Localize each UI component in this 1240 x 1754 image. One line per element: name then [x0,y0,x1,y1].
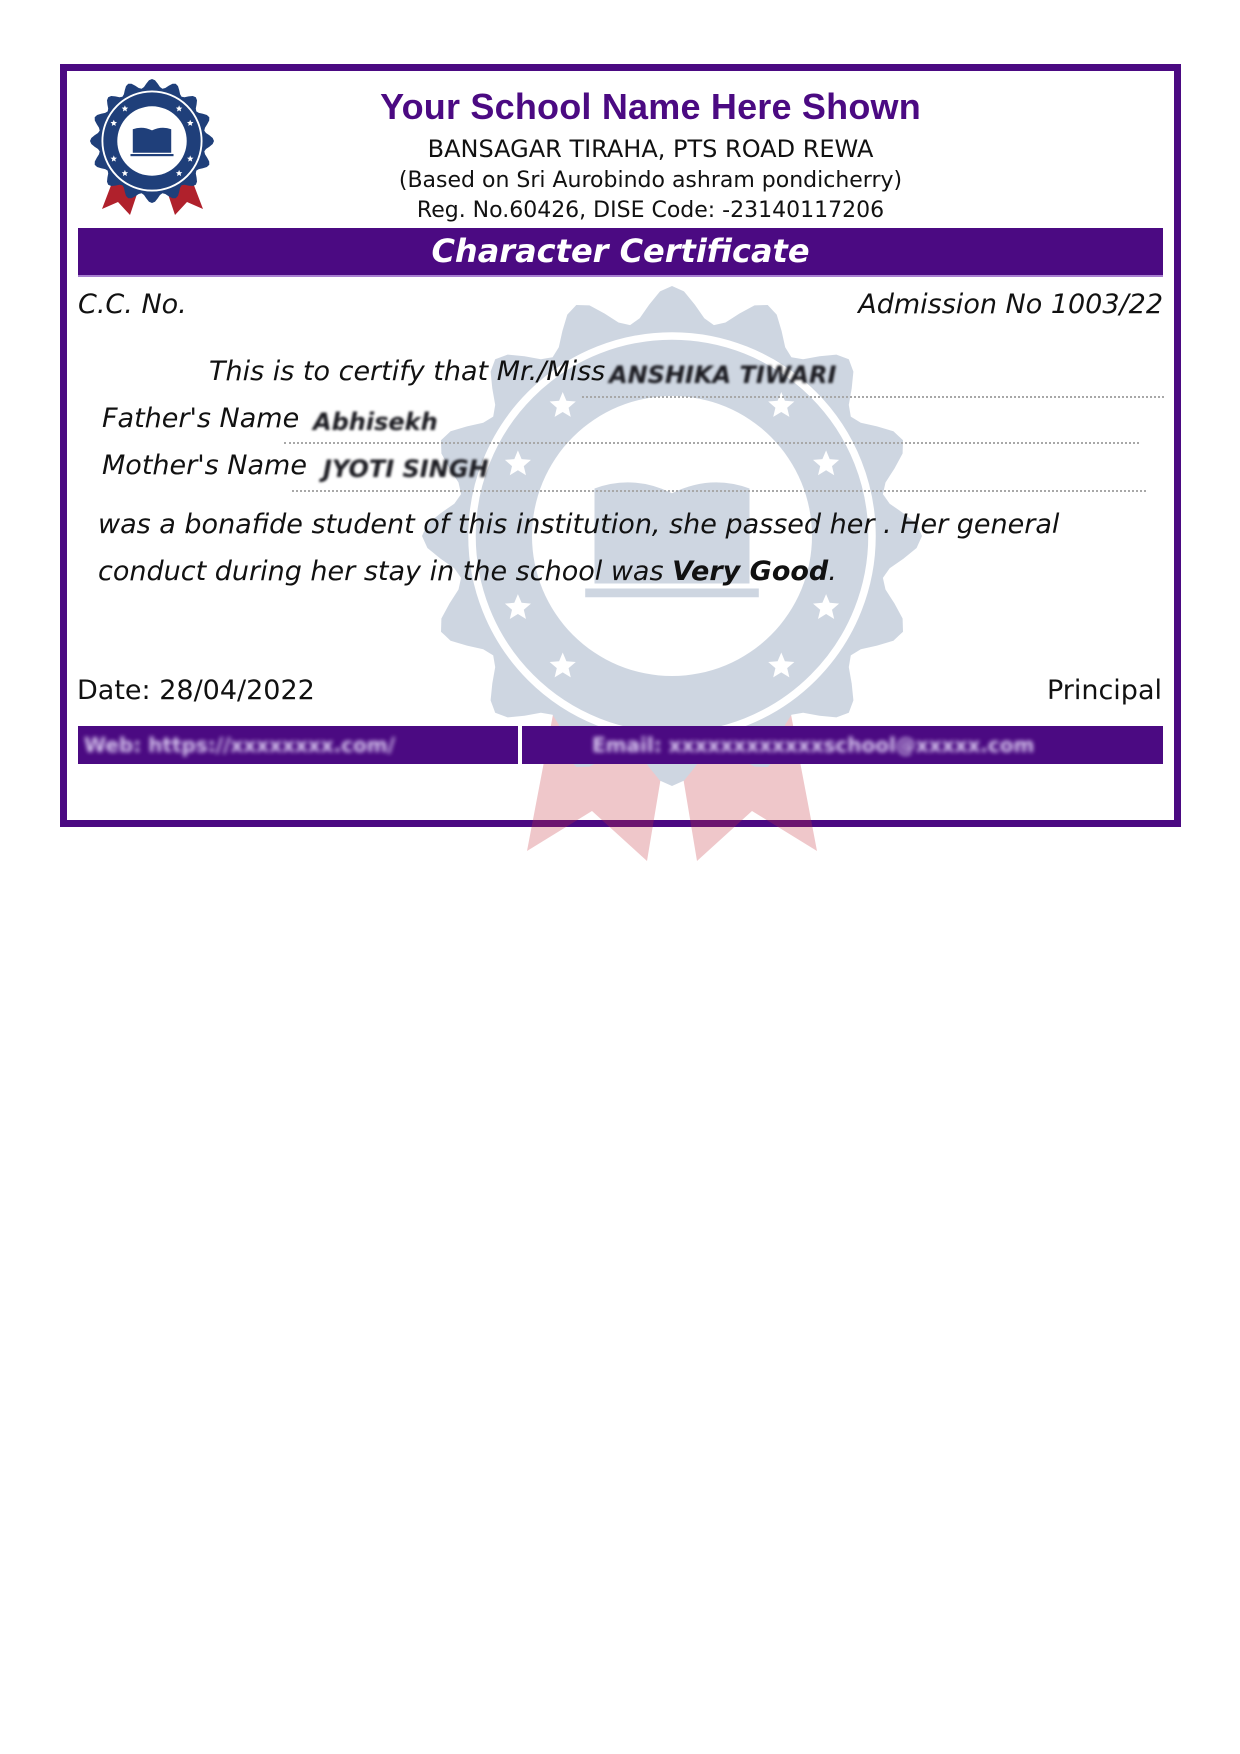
certificate-frame: Your School Name Here Shown BANSAGAR TIR… [60,64,1181,827]
certificate-title: Character Certificate [78,228,1163,275]
issue-date: Date: 28/04/2022 [77,675,315,706]
body-line-1: was a bonafide student of this instituti… [98,501,1158,548]
father-name: Abhisekh [313,408,438,436]
student-name: ANSHIKA TIWARI [609,361,836,389]
mother-name-label: Mother's Name [102,450,307,481]
footer-web: Web: https://xxxxxxxx.com/ [78,726,518,764]
footer-email: Email: xxxxxxxxxxxxschool@xxxxx.com [522,726,1163,764]
mother-name: JYOTI SINGH [323,455,489,483]
school-affiliation: (Based on Sri Aurobindo ashram pondicher… [67,168,1174,193]
school-registration: Reg. No.60426, DISE Code: -23140117206 [67,198,1174,223]
certify-label: This is to certify that Mr./Miss [209,356,605,387]
conduct-rating: Very Good [672,556,828,587]
father-name-underline [284,442,1139,444]
principal-signature-label: Principal [1047,675,1162,706]
cc-number-label: C.C. No. [78,289,187,320]
footer-email-bar: Email: xxxxxxxxxxxxschool@xxxxx.com [522,726,1163,764]
school-address: BANSAGAR TIRAHA, PTS ROAD REWA [67,135,1174,163]
certificate-title-bar: Character Certificate [78,228,1163,277]
father-name-label: Father's Name [102,403,299,434]
school-name: Your School Name Here Shown [67,86,1174,128]
body-line-2: conduct during her stay in the school wa… [98,548,1158,595]
body-line-2-end: . [828,556,837,587]
certificate-body: was a bonafide student of this instituti… [98,501,1158,595]
mother-name-underline [292,490,1146,492]
student-name-underline [582,396,1164,398]
footer-web-bar: Web: https://xxxxxxxx.com/ [78,726,518,764]
admission-number: Admission No 1003/22 [858,289,1163,320]
body-line-2-text: conduct during her stay in the school wa… [98,556,672,587]
